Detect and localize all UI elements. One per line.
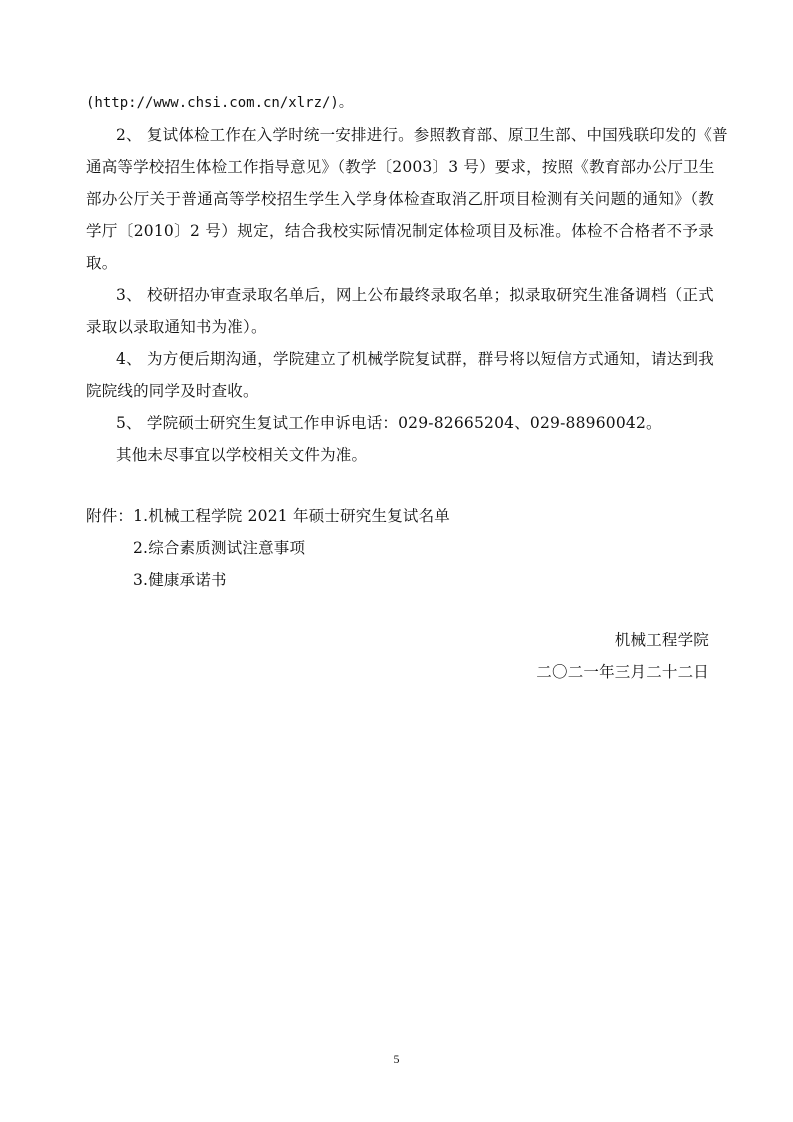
signature-date: 二〇二一年三月二十二日 [536,662,709,682]
other-matters-line: 其他未尽事宜以学校相关文件为准。 [116,445,744,465]
document-page: (http://www.chsi.com.cn/xlrz/)。 2、 复试体检工… [0,0,793,1122]
item-5-line-1: 5、 学院硕士研究生复试工作申诉电话：029-82665204、029-8896… [116,413,714,433]
item-2-line-2: 通高等学校招生体检工作指导意见》（教学〔2003〕3 号）要求，按照《教育部办公… [86,157,714,177]
url-line: (http://www.chsi.com.cn/xlrz/)。 [86,93,714,113]
item-4-line-1: 4、 为方便后期沟通，学院建立了机械学院复试群，群号将以短信方式通知，请达到我 [116,349,714,369]
signature-org: 机械工程学院 [615,630,709,650]
item-2-line-1: 2、 复试体检工作在入学时统一安排进行。参照教育部、原卫生部、中国残联印发的《普 [116,125,714,145]
item-3-line-2: 录取以录取通知书为准）。 [86,317,714,337]
attachments-block: 附件：1.机械工程学院 2021 年硕士研究生复试名单 [86,506,450,526]
item-2-line-5: 取。 [86,253,714,273]
item-2-line-4: 学厅〔2010〕2 号）规定，结合我校实际情况制定体检项目及标准。体检不合格者不… [86,221,714,241]
page-number: 5 [0,1052,793,1067]
item-4-line-2: 院院线的同学及时查收。 [86,381,714,401]
attachment-item-1: 1.机械工程学院 2021 年硕士研究生复试名单 [133,507,450,525]
item-2-line-3: 部办公厅关于普通高等学校招生学生入学身体检查取消乙肝项目检测有关问题的通知》（教 [86,189,714,209]
attachment-item-2: 2.综合素质测试注意事项 [133,538,305,558]
attachments-label: 附件： [86,507,133,525]
attachment-item-3: 3.健康承诺书 [133,570,227,590]
item-3-line-1: 3、 校研招办审查录取名单后，网上公布最终录取名单；拟录取研究生准备调档（正式 [116,285,714,305]
